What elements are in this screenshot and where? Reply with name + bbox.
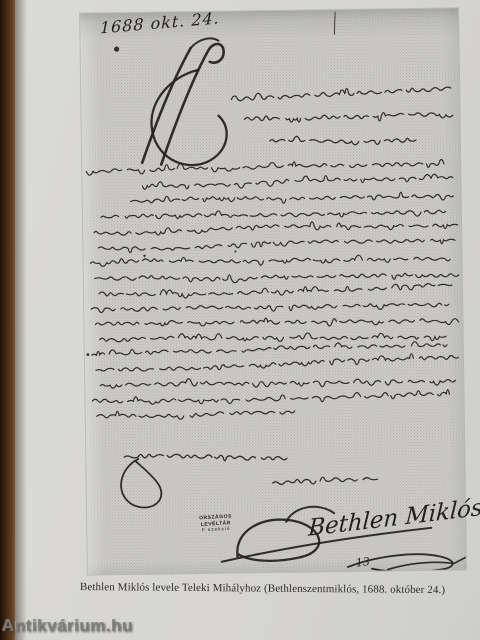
antikvarium-watermark: Antikvárium.hu (2, 616, 133, 636)
handwriting-artwork (80, 8, 466, 574)
manuscript-photo: 1688 okt. 24. ORSZÁGOS LEVÉLTÁR F szekci… (80, 8, 466, 574)
plate-number: 13 (355, 555, 370, 570)
page-edge-shadow (15, 0, 27, 640)
photo-caption: Bethlen Miklós levele Teleki Mihályhoz (… (80, 581, 445, 596)
scanned-book-page: 1688 okt. 24. ORSZÁGOS LEVÉLTÁR F szekci… (0, 0, 480, 640)
archive-stamp: ORSZÁGOS LEVÉLTÁR F szekció (185, 512, 247, 535)
book-edge-background (0, 0, 15, 640)
